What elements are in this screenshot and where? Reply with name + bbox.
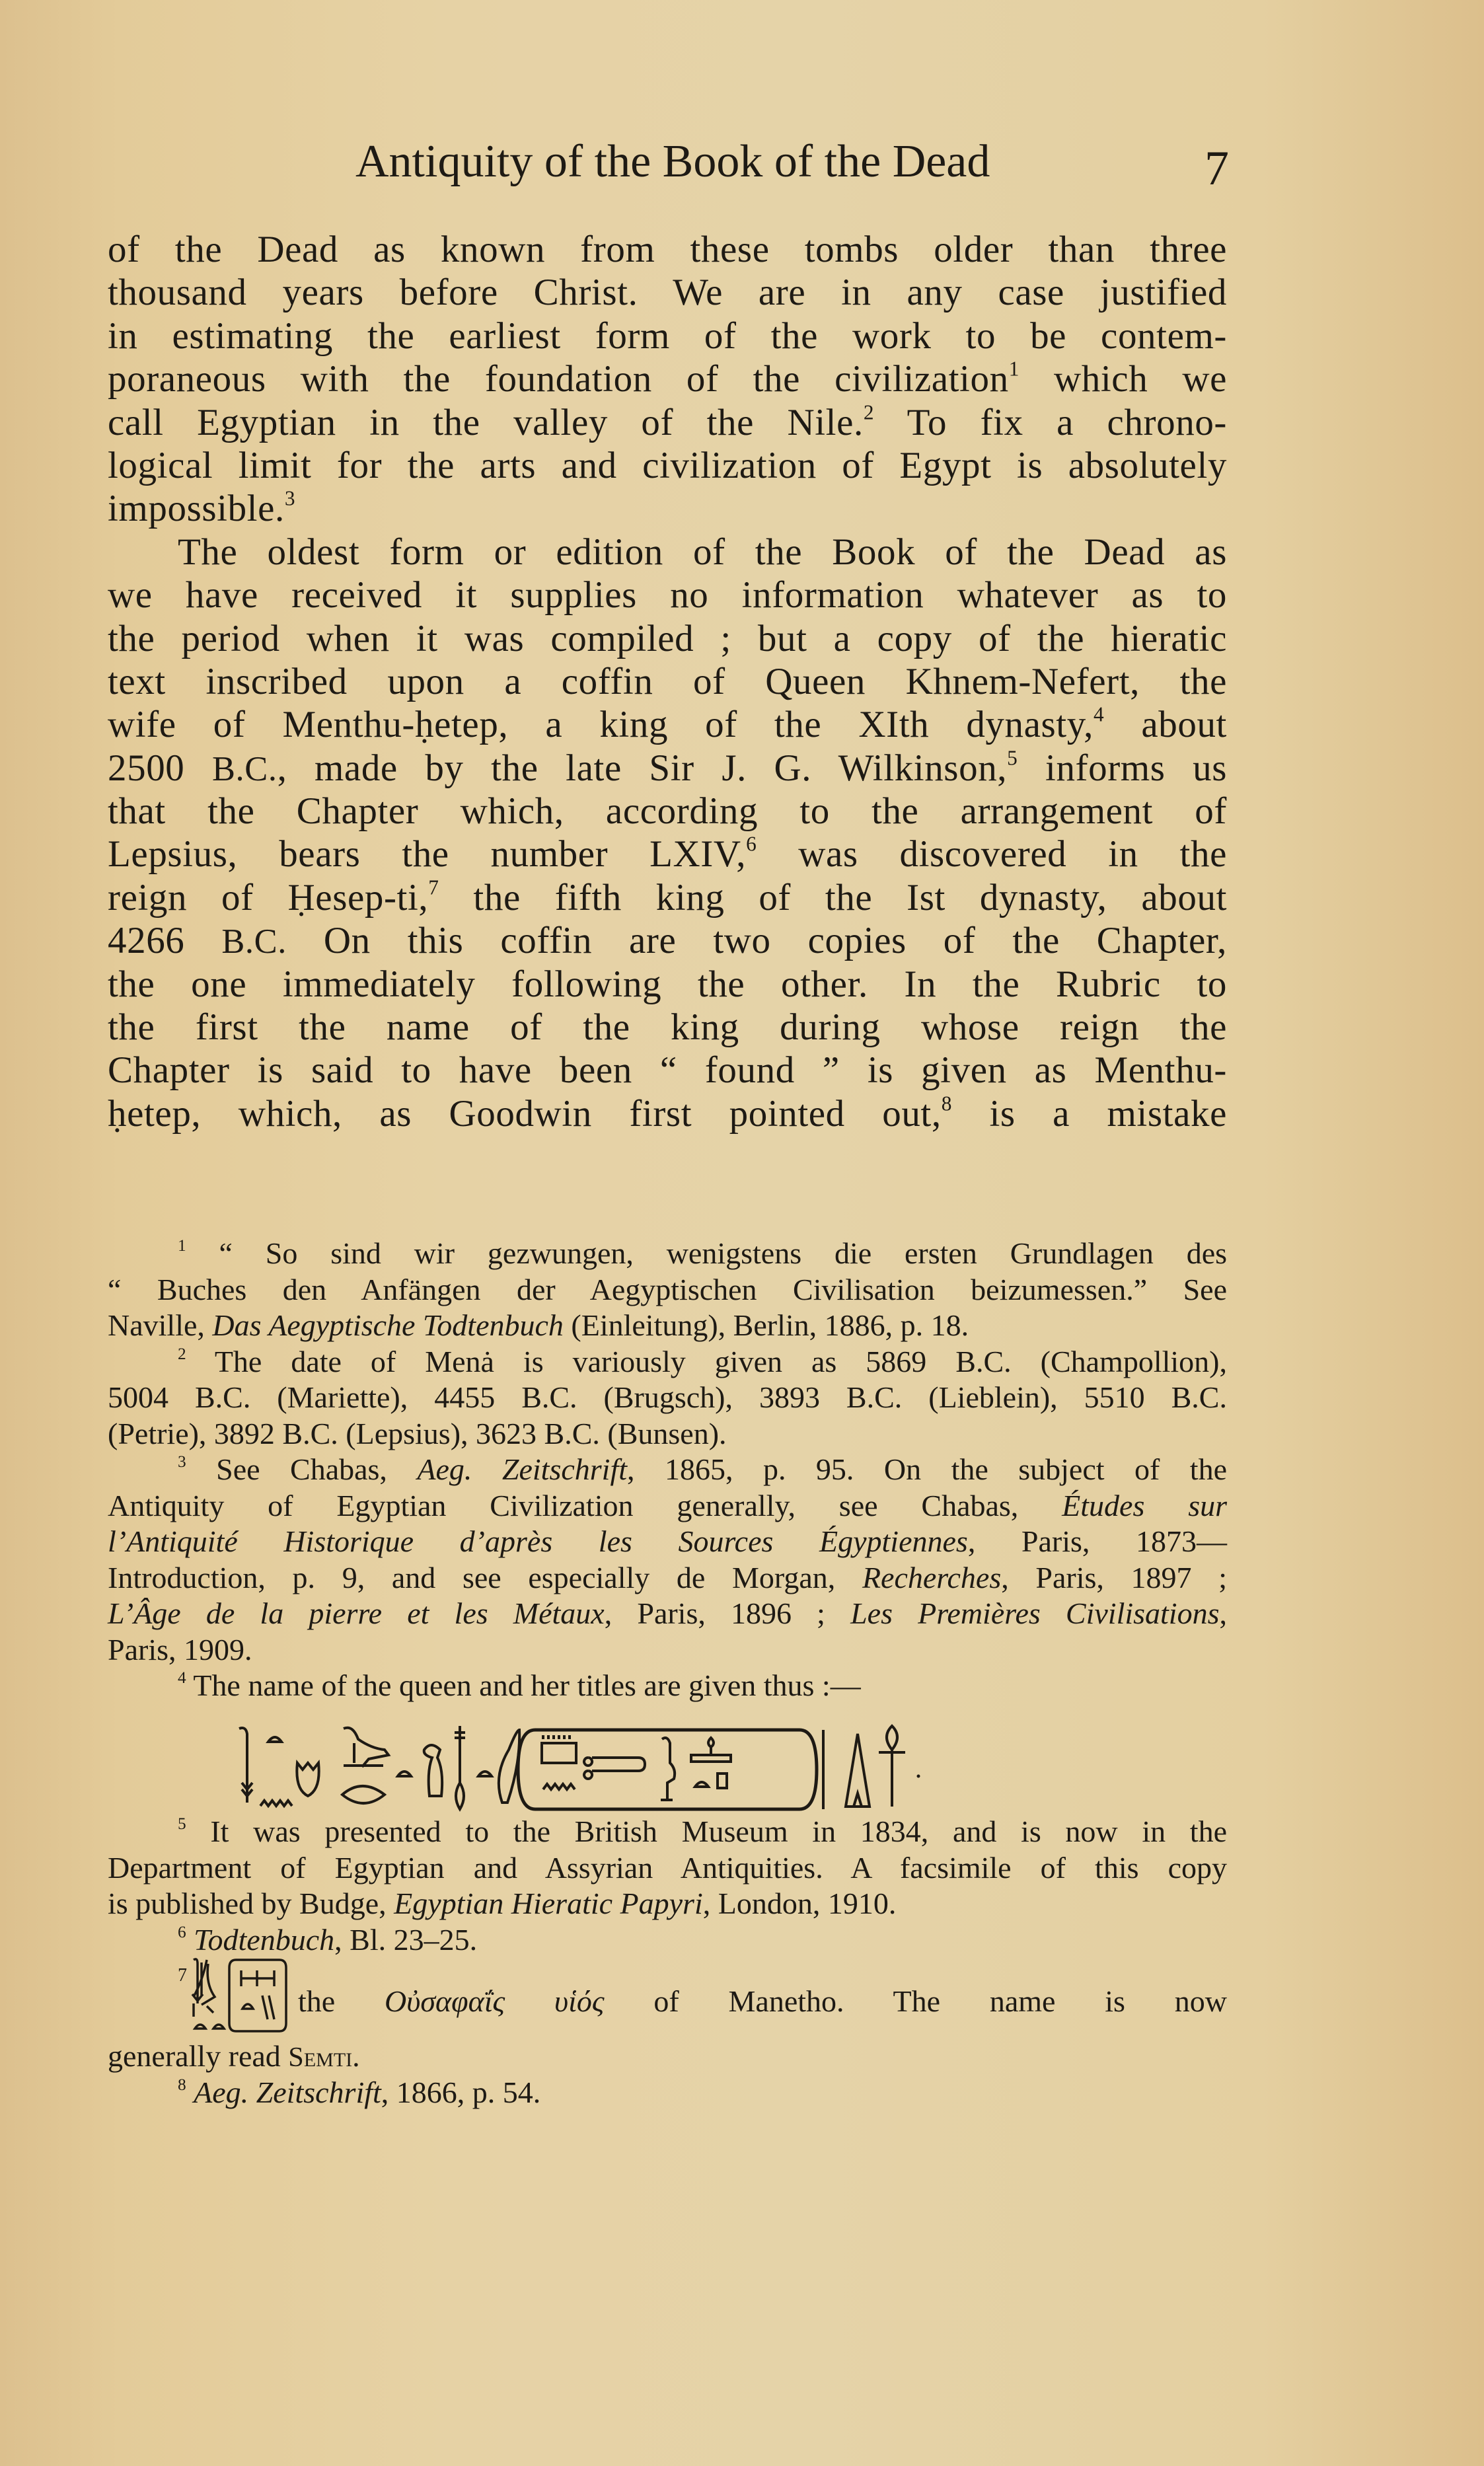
footnote-6: 6 Todtenbuch, Bl. 23–25. [108, 1922, 1227, 1959]
footnote-1-line: “ Buches den Anfängen der Aegyptischen C… [108, 1272, 1227, 1308]
footnote-3-line: Paris, 1909. [108, 1632, 1227, 1668]
book-page: Antiquity of the Book of the Dead 7 of t… [0, 0, 1484, 2466]
footnote-3-line: Introduction, p. 9, and see especially d… [108, 1560, 1227, 1596]
footnote-5: 5 It was presented to the British Museum… [108, 1814, 1227, 1850]
text-line: impossible.3 [108, 487, 1227, 530]
text-line: text inscribed upon a coffin of Queen Kh… [108, 660, 1227, 703]
hesep-ti-hieroglyph-icon [188, 1956, 294, 2035]
footnotes: 1 “ So sind wir gezwungen, wenigstens di… [108, 1236, 1227, 1704]
text-line: thousand years before Christ. We are in … [108, 271, 1227, 314]
footnote-3-line: Antiquity of Egyptian Civilization gener… [108, 1488, 1227, 1524]
footnote-3-line: l’Antiquité Historique d’après les Sourc… [108, 1524, 1227, 1560]
text-line: of the Dead as known from these tombs ol… [108, 228, 1227, 271]
footnote-8: 8 Aeg. Zeitschrift, 1866, p. 54. [108, 2075, 1227, 2111]
footnote-3-line: L’Âge de la pierre et les Métaux, Paris,… [108, 1596, 1227, 1632]
footnote-ref-2[interactable]: 2 [864, 400, 874, 424]
footnote-7-line: generally read Semti. [108, 2038, 1227, 2075]
footnote-ref-5[interactable]: 5 [1007, 746, 1018, 769]
footnotes-continued: 5 It was presented to the British Museum… [108, 1814, 1227, 1958]
main-text: of the Dead as known from these tombs ol… [108, 228, 1227, 1135]
footnote-ref-3[interactable]: 3 [285, 487, 295, 510]
text-line: reign of Ḥesep-ti,7 the fifth king of th… [108, 876, 1227, 919]
text-line: that the Chapter which, according to the… [108, 790, 1227, 833]
text-line: the period when it was compiled ; but a … [108, 617, 1227, 660]
text-line: wife of Menthu-ḥetep, a king of the XIth… [108, 703, 1227, 746]
text-line: Lepsius, bears the number LXIV,6 was dis… [108, 833, 1227, 876]
footnote-1: 1 “ So sind wir gezwungen, wenigstens di… [108, 1236, 1227, 1272]
running-head: Antiquity of the Book of the Dead 7 [355, 135, 1228, 208]
footnote-ref-8[interactable]: 8 [942, 1092, 952, 1115]
text-line: call Egyptian in the valley of the Nile.… [108, 401, 1227, 444]
text-line: the one immediately following the other.… [108, 963, 1227, 1006]
footnote-3: 3 See Chabas, Aeg. Zeitschrift, 1865, p.… [108, 1452, 1227, 1488]
text-line: 2500 B.C., made by the late Sir J. G. Wi… [108, 747, 1227, 790]
footnote-5-line: Department of Egyptian and Assyrian Anti… [108, 1850, 1227, 1887]
footnote-ref-6[interactable]: 6 [746, 833, 757, 856]
footnote-2: 2 The date of Menȧ is variously given as… [108, 1344, 1227, 1380]
footnote-7-text: the Οὐσαφαΐς υἱός of Manetho. The name i… [298, 1984, 1227, 2019]
text-line: in estimating the earliest form of the w… [108, 315, 1227, 357]
footnote-ref-1[interactable]: 1 [1009, 357, 1020, 381]
hieroglyph-cartouche-icon [225, 1723, 1084, 1816]
footnotes-end: generally read Semti. 8 Aeg. Zeitschrift… [108, 2038, 1227, 2111]
footnote-4: 4 The name of the queen and her titles a… [108, 1668, 1227, 1704]
text-line: we have received it supplies no informat… [108, 574, 1227, 616]
paragraph-start-line: The oldest form or edition of the Book o… [108, 531, 1227, 574]
text-line: the first the name of the king during wh… [108, 1006, 1227, 1049]
text-line: logical limit for the arts and civilizat… [108, 444, 1227, 487]
footnote-1-line: Naville, Das Aegyptische Todtenbuch (Ein… [108, 1308, 1227, 1344]
text-line: 4266 B.C. On this coffin are two copies … [108, 919, 1227, 962]
page-number: 7 [1205, 141, 1229, 197]
footnote-ref-4[interactable]: 4 [1094, 703, 1104, 726]
footnote-2-line: 5004 B.C. (Mariette), 4455 B.C. (Brugsch… [108, 1380, 1227, 1416]
footnote-2-line: (Petrie), 3892 B.C. (Lepsius), 3623 B.C.… [108, 1416, 1227, 1452]
queen-name-hieroglyphs [225, 1723, 1084, 1816]
text-line: poraneous with the foundation of the civ… [108, 357, 1227, 400]
text-line: Chapter is said to have been “ found ” i… [108, 1049, 1227, 1092]
text-line: ḥetep, which, as Goodwin first pointed o… [108, 1092, 1227, 1135]
footnote-5-line: is published by Budge, Egyptian Hieratic… [108, 1886, 1227, 1922]
footnote-ref-7[interactable]: 7 [428, 876, 439, 899]
running-title: Antiquity of the Book of the Dead [355, 135, 990, 188]
footnote-7: 7 the Οὐσαφαΐς υἱός of Manetho. The name… [108, 1956, 1227, 2048]
